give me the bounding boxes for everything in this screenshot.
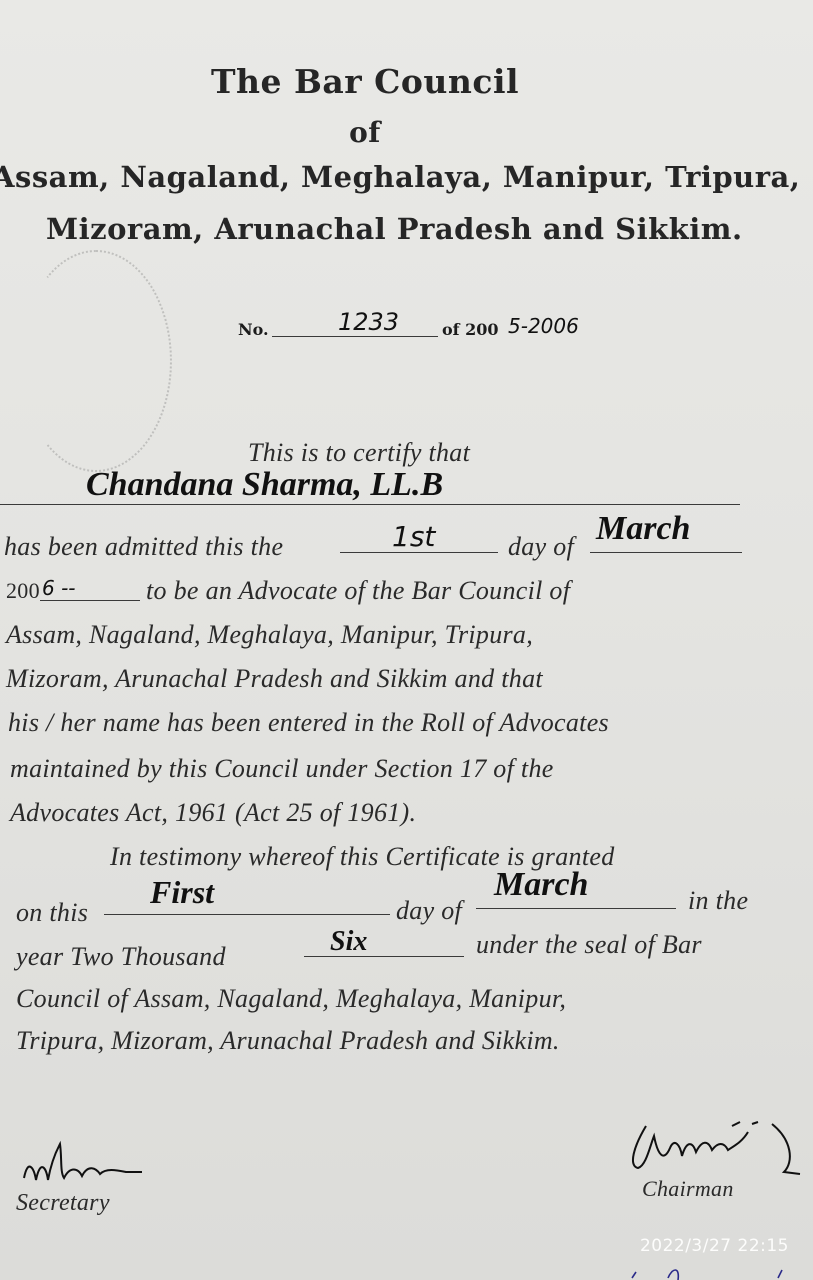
- on-this-label: on this: [16, 898, 88, 928]
- granted-day-underline: [104, 914, 390, 915]
- admitted-day-of: day of: [508, 532, 574, 562]
- seal-text: under the seal of Bar: [476, 930, 702, 960]
- section-line: maintained by this Council under Section…: [10, 754, 554, 784]
- act-line: Advocates Act, 1961 (Act 25 of 1961).: [10, 798, 416, 828]
- granted-day-of: day of: [396, 896, 462, 926]
- secretary-label: Secretary: [16, 1190, 110, 1217]
- seal-line2: Council of Assam, Nagaland, Meghalaya, M…: [16, 984, 566, 1014]
- chairman-label: Chairman: [642, 1176, 734, 1202]
- granted-month: March: [494, 866, 588, 904]
- header-states-line1: Assam, Nagaland, Meghalaya, Manipur, Tri…: [0, 160, 800, 194]
- admitted-day: 1st: [392, 520, 435, 553]
- header-title: The Bar Council: [0, 62, 730, 101]
- advocate-text: to be an Advocate of the Bar Council of: [146, 576, 570, 606]
- admitted-prefix: has been admitted this the: [4, 532, 283, 562]
- reg-no-label: No.: [238, 320, 269, 339]
- granted-year-underline: [304, 956, 464, 957]
- states-line2: Mizoram, Arunachal Pradesh and Sikkim an…: [6, 664, 543, 694]
- granted-day: First: [150, 874, 214, 911]
- chairman-signature: [624, 1116, 804, 1180]
- advocate-name: Chandana Sharma, LL.B: [86, 466, 443, 504]
- admitted-month-underline: [590, 552, 742, 553]
- seal-line3: Tripura, Mizoram, Arunachal Pradesh and …: [16, 1026, 560, 1056]
- in-the-label: in the: [688, 886, 748, 916]
- certify-intro: This is to certify that: [248, 438, 470, 468]
- roll-line: his / her name has been entered in the R…: [8, 708, 609, 738]
- header-states-line2: Mizoram, Arunachal Pradesh and Sikkim.: [46, 212, 743, 246]
- reg-year-printed: of 200: [442, 320, 499, 339]
- photo-timestamp: 2022/3/27 22:15: [640, 1236, 789, 1256]
- reg-year-handwritten: 5-2006: [508, 314, 579, 338]
- secretary-signature: [16, 1138, 156, 1198]
- states-line1: Assam, Nagaland, Meghalaya, Manipur, Tri…: [6, 620, 533, 650]
- granted-month-underline: [476, 908, 676, 909]
- reg-no-underline: [272, 336, 438, 337]
- granted-year: Six: [330, 926, 367, 958]
- header-of: of: [0, 116, 730, 149]
- embossed-seal: [20, 250, 172, 472]
- reg-number: 1233: [338, 308, 399, 336]
- admitted-year-printed: 200: [6, 578, 40, 604]
- year-prefix: year Two Thousand: [16, 942, 226, 972]
- blue-ink-mark: [628, 1266, 788, 1280]
- admitted-year-handwritten: 6 --: [42, 576, 76, 600]
- name-underline: [0, 504, 740, 505]
- admitted-year-underline: [40, 600, 140, 601]
- admitted-month: March: [596, 510, 690, 548]
